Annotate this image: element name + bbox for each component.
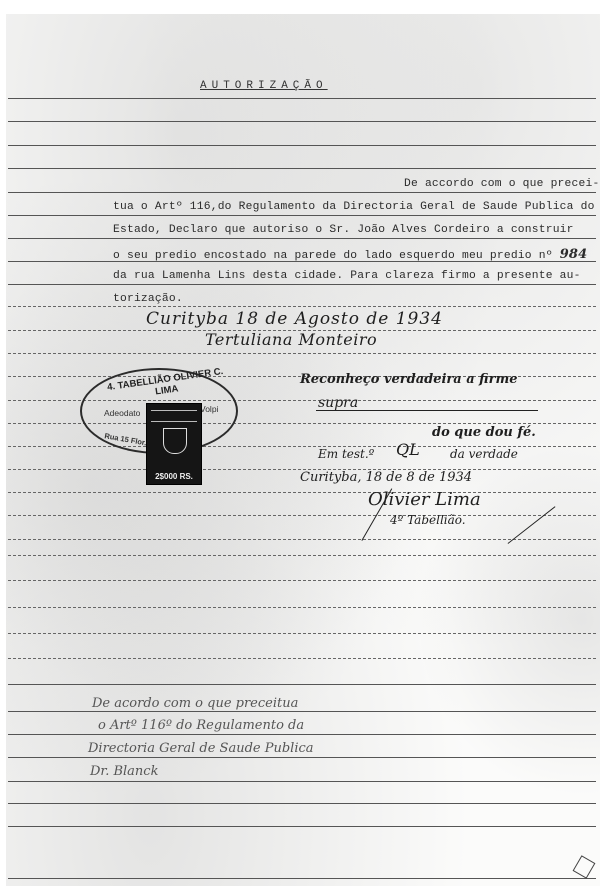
ruled-line <box>8 633 596 634</box>
ruled-line <box>8 306 596 307</box>
ruled-line <box>8 168 596 169</box>
notary-stamp-name-left: Adeodato <box>104 408 140 418</box>
notary-title: 4º Tabellião. <box>390 513 466 527</box>
body-line-2: tua o Artº 116,do Regulamento da Directo… <box>113 201 595 213</box>
ruled-line <box>8 98 596 99</box>
ruled-line <box>8 757 596 758</box>
ruled-line <box>8 826 596 827</box>
ruled-line <box>8 353 596 354</box>
signature-underline <box>316 410 538 411</box>
body-line-1: De accordo com o que precei- <box>404 178 599 190</box>
ruled-line <box>8 284 596 285</box>
body-line-4-text: o seu predio encostado na parede do lado… <box>113 250 553 262</box>
ruled-line <box>8 803 596 804</box>
page-margin-top <box>0 0 600 14</box>
ruled-line <box>8 658 596 659</box>
stamp-band-decoration <box>151 410 197 422</box>
ruled-line <box>8 215 596 216</box>
certification-line-5: Curityba, 18 de 8 de 1934 <box>300 470 472 485</box>
ruled-line <box>8 580 596 581</box>
document-page: AUTORIZAÇÃO De accordo com o que precei-… <box>0 0 600 886</box>
body-line-5: da rua Lamenha Lins desta cidade. Para c… <box>113 270 581 282</box>
page-margin-left <box>0 0 6 886</box>
certification-line-4-prefix: Em test.º <box>318 447 374 461</box>
certification-line-1: Reconheço verdadeira a firme <box>300 372 518 387</box>
certification-line-3: do que dou fé. <box>432 425 536 440</box>
revenue-stamp-value: 2$000 RS. <box>149 472 199 481</box>
ruled-line <box>8 238 596 239</box>
certification-line-2: supra <box>318 395 358 411</box>
ruled-line <box>8 684 596 685</box>
annotation-line-2: o Artº 116º do Regulamento da <box>98 718 304 733</box>
body-line-6: torização. <box>113 293 183 305</box>
ruled-line <box>8 515 596 516</box>
ruled-line <box>8 711 596 712</box>
notary-initials: QL <box>396 440 420 459</box>
ruled-line <box>8 555 596 556</box>
annotation-line-3: Directoria Geral de Saude Publica <box>88 741 314 756</box>
body-line-4: o seu predio encostado na parede do lado… <box>113 247 587 262</box>
ruled-line <box>8 121 596 122</box>
annotation-line-4: Dr. Blanck <box>90 764 158 779</box>
notary-stamp-name-right: Volpi <box>200 404 218 414</box>
ruled-line <box>8 734 596 735</box>
certification-line-4-suffix: da verdade <box>450 447 518 461</box>
house-number: 984 <box>560 247 588 262</box>
annotation-line-1: De acordo com o que preceitua <box>92 696 298 711</box>
document-title: AUTORIZAÇÃO <box>200 80 328 92</box>
handwritten-signature: Tertuliana Monteiro <box>205 330 377 349</box>
coat-of-arms-icon <box>163 428 187 454</box>
revenue-stamp: 2$000 RS. <box>146 403 202 485</box>
ruled-line <box>8 492 596 493</box>
ruled-line <box>8 607 596 608</box>
ruled-line <box>8 145 596 146</box>
ruled-line <box>8 781 596 782</box>
ruled-line <box>8 192 596 193</box>
body-line-3: Estado, Declaro que autoriso o Sr. João … <box>113 224 574 236</box>
corner-mark <box>573 855 596 879</box>
ruled-line <box>8 539 596 540</box>
handwritten-date: Curityba 18 de Agosto de 1934 <box>146 309 443 329</box>
ruled-line <box>8 878 596 879</box>
